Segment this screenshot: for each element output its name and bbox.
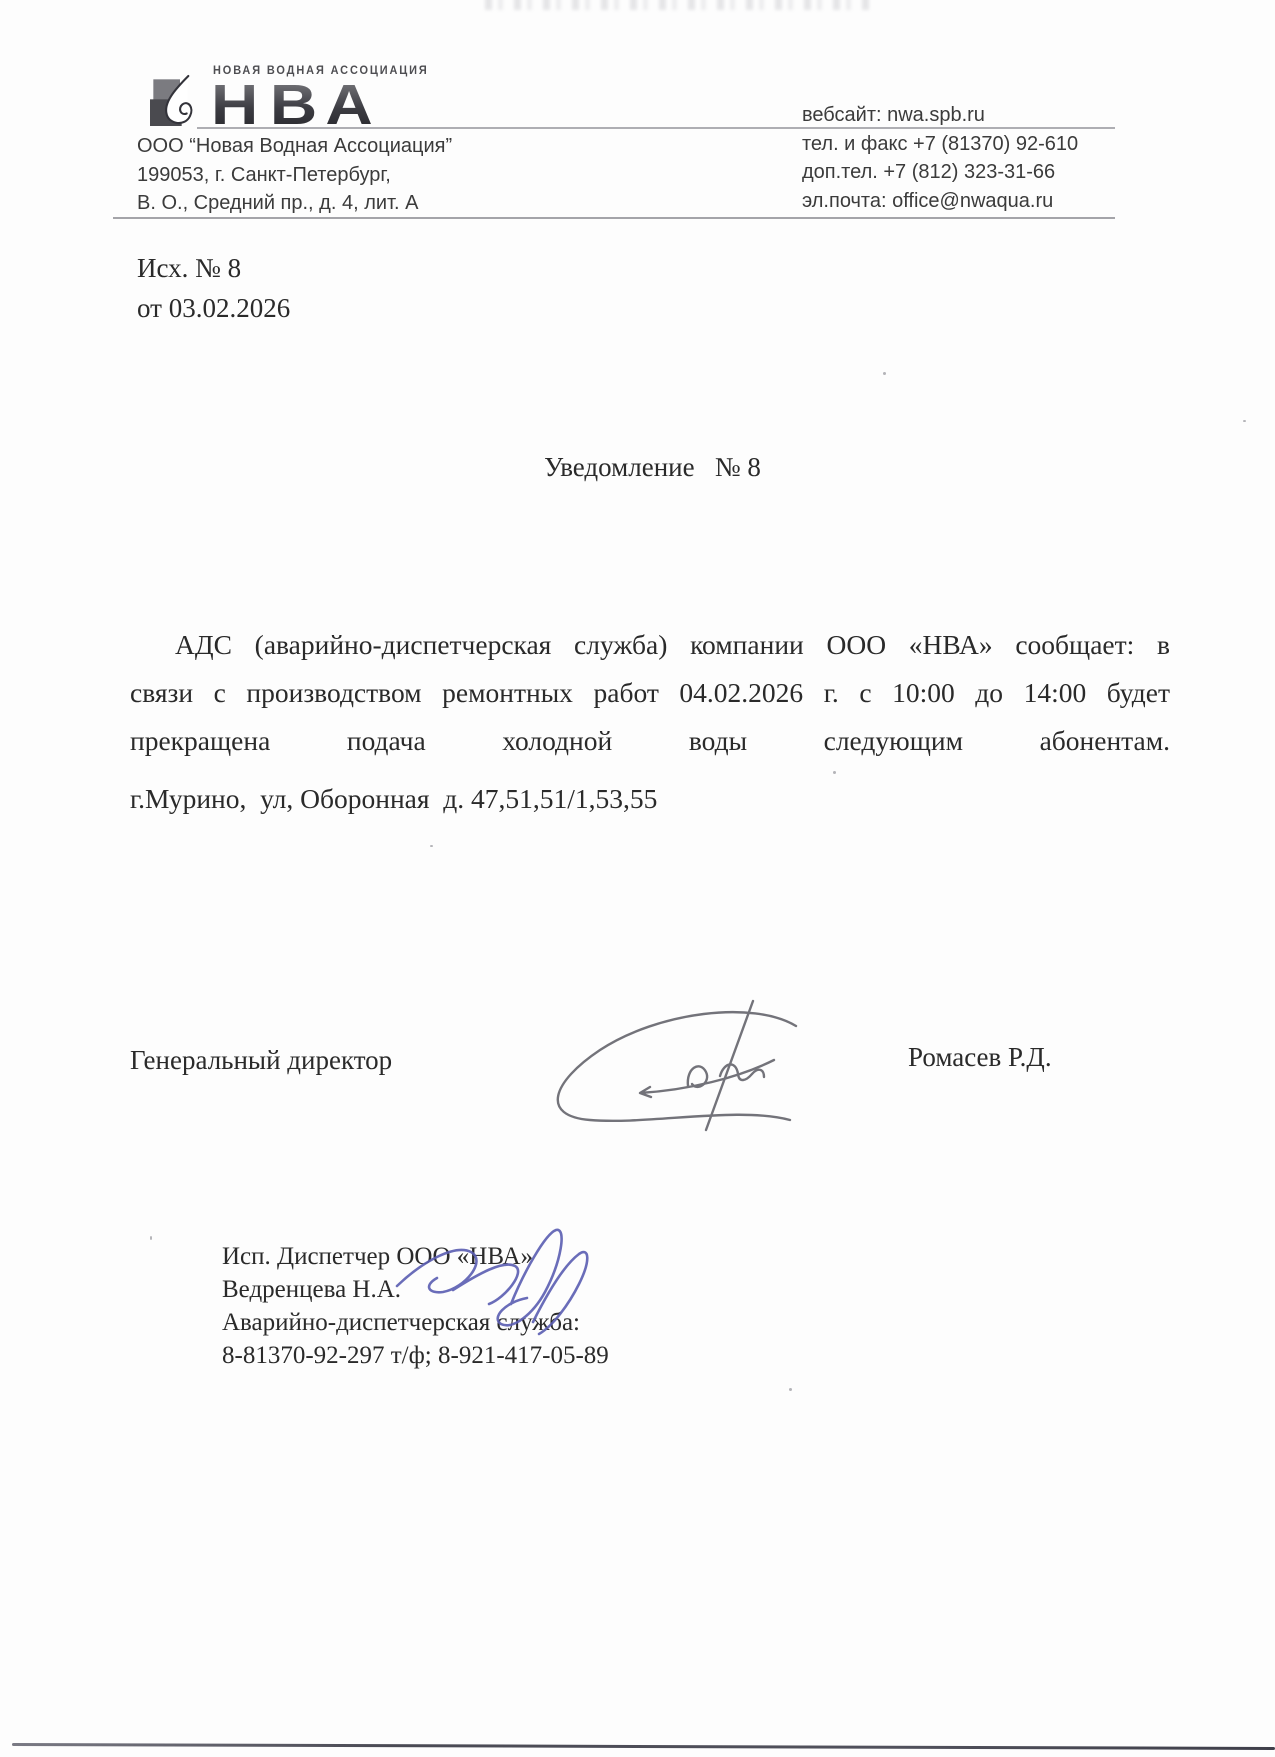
dispatch-service-phones: 8-81370-92-297 т/ф; 8-921-417-05-89 [222,1339,609,1372]
director-name: Ромасев Р.Д. [908,1042,1052,1073]
letter-date: от 03.02.2026 [137,288,290,328]
company-phone-fax: тел. и факс +7 (81370) 92-610 [802,130,1078,159]
body-line-address: г.Мурино, ул, Оборонная д. 47,51,51/1,53… [130,782,1170,830]
company-email: эл.почта: office@nwaqua.ru [802,187,1078,216]
scan-speck [833,771,836,774]
body-line: прекращена подача холодной воды следующи… [130,724,1170,772]
bleed-through-artifact [485,0,875,10]
scan-speck [789,1388,792,1391]
company-name: ООО “Новая Водная Ассоциация” [137,132,452,161]
company-contacts-block: вебсайт: nwa.spb.ru тел. и факс +7 (8137… [802,101,1078,215]
company-website: вебсайт: nwa.spb.ru [802,101,1078,130]
company-address-line1: 199053, г. Санкт-Петербург, [137,161,452,190]
body-line: связи с производством ремонтных работ 04… [130,676,1170,724]
director-position-label: Генеральный директор [130,1045,392,1076]
scan-speck [150,1236,152,1240]
reference-block: Исх. № 8 от 03.02.2026 [137,248,290,328]
outgoing-number: Исх. № 8 [137,248,290,288]
logo-acronym: НВА [211,77,384,134]
scan-speck [1243,420,1246,422]
director-signature-icon [538,998,813,1133]
company-phone-additional: доп.тел. +7 (812) 323-31-66 [802,158,1078,187]
dispatcher-signature-icon [393,1226,593,1341]
company-address-line2: В. О., Средний пр., д. 4, лит. А [137,189,452,218]
document-title: Уведомление № 8 [0,452,1275,483]
body-paragraph: АДС (аварийно-диспетчерская служба) комп… [130,628,1170,830]
company-logo: НОВАЯ ВОДНАЯ АССОЦИАЦИЯ НВА [137,55,407,135]
water-drop-icon [150,72,200,130]
company-address-block: ООО “Новая Водная Ассоциация” 199053, г.… [137,132,452,218]
scan-speck [883,372,886,375]
body-line: АДС (аварийно-диспетчерская служба) комп… [130,628,1170,676]
scan-edge-artifact [12,1743,1275,1749]
scan-speck [430,845,433,847]
scanned-letter-page: НОВАЯ ВОДНАЯ АССОЦИАЦИЯ НВА ООО “Новая В… [0,0,1275,1757]
